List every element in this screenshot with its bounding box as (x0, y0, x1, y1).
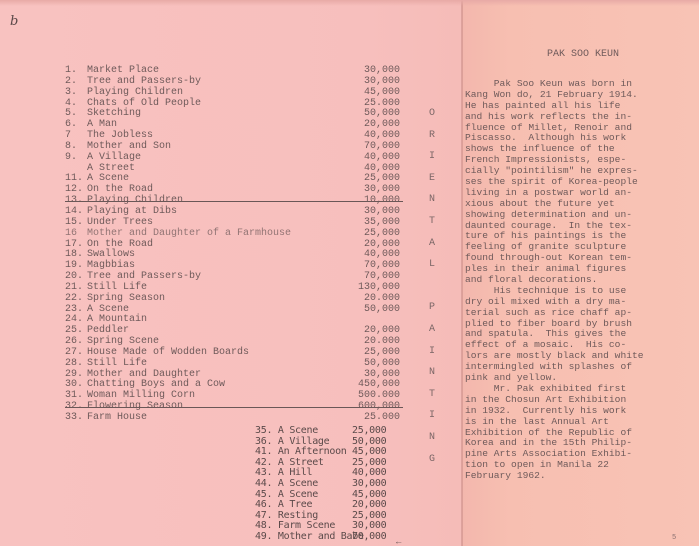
bio-line: in 1932. Currently his work (465, 406, 695, 417)
caption-letter (426, 276, 438, 298)
additional-paintings-list: 35. A Scene25,00036. A Village50,00041. … (255, 426, 405, 543)
bio-line: February 1962. (465, 471, 695, 482)
paintings-price-list: 1.Market Place30,0002.Tree and Passers-b… (65, 66, 400, 424)
painting-number: 3. (65, 88, 87, 99)
painting-title: 49. Mother and Babe (255, 532, 364, 543)
painting-title: Spring Season (87, 294, 165, 305)
handwritten-corner-mark: b (10, 14, 18, 29)
painting-row: 33.Farm House25.000 (65, 413, 400, 424)
additional-painting-row: 44. A Scene30,000 (255, 479, 405, 490)
painting-price: 20.000 (364, 294, 400, 305)
artist-biography: PAK SOO KEUN Pak Soo Keun was born inKan… (465, 49, 695, 482)
page-fold (461, 0, 463, 546)
caption-letter: I (426, 405, 438, 427)
painting-title: A Village (87, 153, 141, 164)
caption-letter: I (426, 146, 438, 168)
painting-price: 25,000 (352, 426, 386, 437)
caption-letter: T (426, 211, 438, 233)
caption-letter: P (426, 297, 438, 319)
bio-text: Pak Soo Keun was born inKang Won do, 21 … (465, 79, 695, 482)
caption-letter: E (426, 168, 438, 190)
caption-letter: N (426, 189, 438, 211)
painting-price: 45,000 (364, 88, 400, 99)
vertical-caption-oriental-painting: ORIENTAL PAINTING (426, 103, 438, 470)
painting-price: 25.000 (364, 413, 400, 424)
painting-price: 25,000 (364, 229, 400, 240)
painting-title: Farm House (87, 413, 147, 424)
caption-letter: T (426, 384, 438, 406)
painting-title: Playing Children (87, 88, 183, 99)
painting-row: 22.Spring Season20.000 (65, 294, 400, 305)
painting-number: 28. (65, 359, 87, 370)
painting-number: 16 (65, 229, 87, 240)
painting-title: Still Life (87, 359, 147, 370)
caption-letter: G (426, 449, 438, 471)
additional-painting-row: 49. Mother and Babe70,000 (255, 532, 405, 543)
pen-arrow-mark: ← (396, 537, 401, 546)
bio-line: and his work reflects the in- (465, 112, 695, 123)
painting-row: 28.Still Life50,000 (65, 359, 400, 370)
painting-title: 35. A Scene (255, 426, 318, 437)
caption-letter: A (426, 319, 438, 341)
painting-title: Mother and Daughter of a Farmhouse (87, 229, 291, 240)
bio-line: terial such as rice chaff ap- (465, 308, 695, 319)
painting-price: 40,000 (364, 153, 400, 164)
painting-row: 3.Playing Children45,000 (65, 88, 400, 99)
painting-row: 9.A Village40,000 (65, 153, 400, 164)
painting-number: 9. (65, 153, 87, 164)
caption-letter: N (426, 427, 438, 449)
painting-row: 16Mother and Daughter of a Farmhouse25,0… (65, 229, 400, 240)
additional-painting-row: 35. A Scene25,000 (255, 426, 405, 437)
bio-title: PAK SOO KEUN (471, 49, 695, 60)
caption-letter: I (426, 341, 438, 363)
page-number: 5 (672, 534, 676, 542)
painting-price: 50,000 (364, 359, 400, 370)
bio-line: showing determination and un- (465, 210, 695, 221)
caption-letter: L (426, 254, 438, 276)
painting-price: 50,000 (364, 305, 400, 316)
caption-letter: R (426, 125, 438, 147)
caption-letter: N (426, 362, 438, 384)
painting-price: 30,000 (352, 479, 386, 490)
painting-title: 44. A Scene (255, 479, 318, 490)
top-edge-shadow (0, 0, 699, 6)
painting-number: 33. (65, 413, 87, 424)
painting-price: 70,000 (352, 532, 386, 543)
painting-number: 22. (65, 294, 87, 305)
bio-line: is in the last Annual Art (465, 417, 695, 428)
caption-letter: O (426, 103, 438, 125)
caption-letter: A (426, 233, 438, 255)
